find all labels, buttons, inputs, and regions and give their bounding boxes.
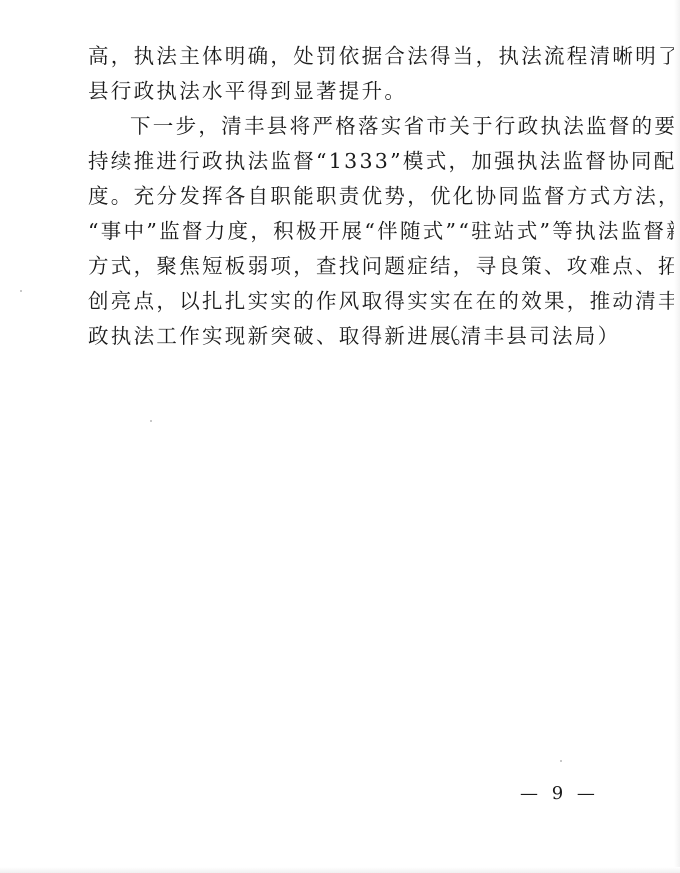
scan-speck	[560, 760, 562, 762]
signature: （清丰县司法局）	[438, 324, 620, 348]
paragraph-line: 创亮点，以扎扎实实的作风取得实实在在的效果，推动清丰县行	[88, 289, 680, 313]
paragraph-line: 县行政执法水平得到显著提升。	[88, 79, 407, 103]
page-number: — 9 —	[520, 783, 599, 804]
paragraph-line: 政执法工作实现新突破、取得新进展。	[88, 324, 476, 348]
paragraph-line: 方式，聚焦短板弱项，查找问题症结，寻良策、攻难点、拓思路、	[88, 254, 680, 278]
paragraph-line: “事中”监督力度，积极开展“伴随式”“驻站式”等执法监督新	[88, 219, 680, 243]
paragraph-line-indented: 下一步，清丰县将严格落实省市关于行政执法监督的要求，	[130, 114, 680, 138]
paragraph-line: 度。充分发挥各自职能职责优势，优化协同监督方式方法，增强	[88, 184, 680, 208]
page-edge	[674, 0, 680, 873]
scan-speck	[20, 290, 22, 292]
scan-speck	[150, 420, 152, 422]
page-edge	[0, 867, 680, 873]
scan-speck	[640, 290, 642, 292]
paragraph-line: 高，执法主体明确，处罚依据合法得当，执法流程清晰明了，全	[88, 44, 680, 68]
paragraph-line: 持续推进行政执法监督“1333”模式，加强执法监督协同配合力	[88, 149, 680, 173]
